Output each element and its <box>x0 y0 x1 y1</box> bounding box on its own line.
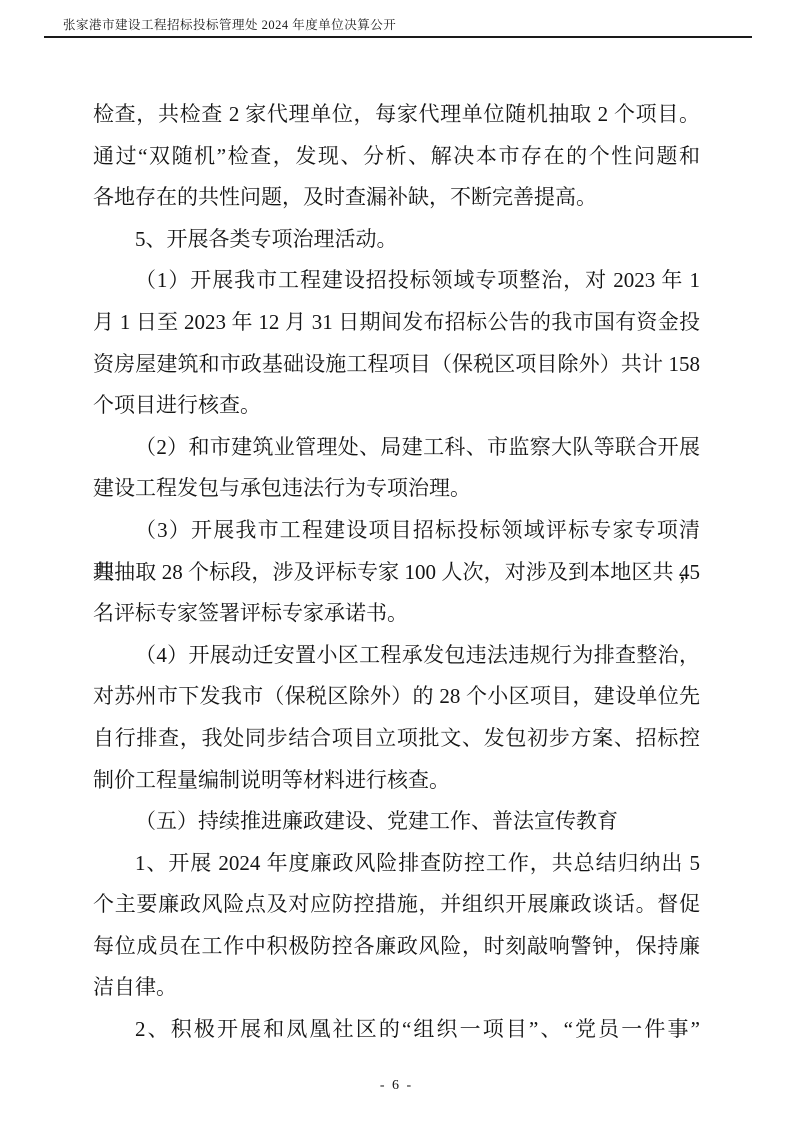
document-page: 张家港市建设工程招标投标管理处 2024 年度单位决算公开 检查，共检查 2 家… <box>0 0 793 1122</box>
text-line: 个项目进行核查。 <box>93 385 700 427</box>
text-line: 共抽取 28 个标段，涉及评标专家 100 人次，对涉及到本地区共 45 <box>93 552 700 594</box>
header-title: 张家港市建设工程招标投标管理处 2024 年度单位决算公开 <box>63 15 752 33</box>
text-line: 通过“双随机”检查，发现、分析、解决本市存在的个性问题和 <box>93 136 700 178</box>
text-line: （2）和市建筑业管理处、局建工科、市监察大队等联合开展 <box>93 427 700 469</box>
text-line: 资房屋建筑和市政基础设施工程项目（保税区项目除外）共计 158 <box>93 344 700 386</box>
text-line: 5、开展各类专项治理活动。 <box>93 219 700 261</box>
text-line: 1、开展 2024 年度廉政风险排查防控工作，共总结归纳出 5 <box>93 843 700 885</box>
text-line: 2、积极开展和凤凰社区的“组织一项目”、“党员一件事” <box>93 1009 700 1051</box>
text-line: （4）开展动迁安置小区工程承发包违法违规行为排查整治， <box>93 635 700 677</box>
text-line: 名评标专家签署评标专家承诺书。 <box>93 593 700 635</box>
text-line: （五）持续推进廉政建设、党建工作、普法宣传教育 <box>93 801 700 843</box>
text-line: 对苏州市下发我市（保税区除外）的 28 个小区项目，建设单位先 <box>93 676 700 718</box>
text-line: 各地存在的共性问题，及时查漏补缺，不断完善提高。 <box>93 177 700 219</box>
text-line: 建设工程发包与承包违法行为专项治理。 <box>93 468 700 510</box>
document-body: 检查，共检查 2 家代理单位，每家代理单位随机抽取 2 个项目。通过“双随机”检… <box>93 94 700 1051</box>
page-number: - 6 - <box>380 1078 413 1093</box>
text-line: 洁自律。 <box>93 967 700 1009</box>
text-line: （3）开展我市工程建设项目招标投标领域评标专家专项清理， <box>93 510 700 552</box>
text-line: （1）开展我市工程建设招投标领域专项整治，对 2023 年 1 <box>93 260 700 302</box>
text-line: 个主要廉政风险点及对应防控措施，并组织开展廉政谈话。督促 <box>93 884 700 926</box>
text-line: 检查，共检查 2 家代理单位，每家代理单位随机抽取 2 个项目。 <box>93 94 700 136</box>
page-footer: - 6 - <box>0 1076 793 1094</box>
text-line: 月 1 日至 2023 年 12 月 31 日期间发布招标公告的我市国有资金投 <box>93 302 700 344</box>
text-line: 制价工程量编制说明等材料进行核查。 <box>93 760 700 802</box>
page-header: 张家港市建设工程招标投标管理处 2024 年度单位决算公开 <box>44 15 752 38</box>
text-line: 自行排查，我处同步结合项目立项批文、发包初步方案、招标控 <box>93 718 700 760</box>
text-line: 每位成员在工作中积极防控各廉政风险，时刻敲响警钟，保持廉 <box>93 926 700 968</box>
